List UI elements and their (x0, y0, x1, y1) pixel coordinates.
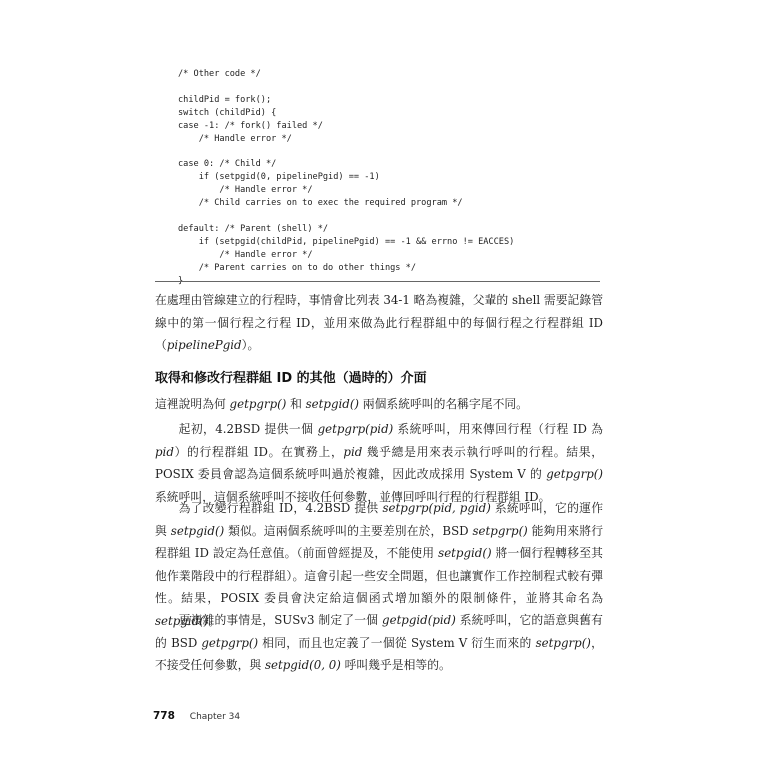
code-line: /* Handle error */ (178, 134, 292, 144)
code-line: case -1: /* fork() failed */ (178, 121, 323, 131)
paragraph-susv3: 更複雜的事情是，SUSv3 制定了一個 getpgid(pid) 系統呼叫，它的… (155, 609, 603, 677)
page-number: 778 (153, 710, 175, 722)
code-line: case 0: /* Child */ (178, 159, 276, 169)
code-line: switch (childPid) { (178, 108, 276, 118)
paragraph-getpgrp-history: 起初，4.2BSD 提供一個 getpgrp(pid) 系統呼叫，用來傳回行程（… (155, 418, 603, 508)
paragraph-intro: 這裡說明為何 getpgrp() 和 setpgid() 兩個系統呼叫的名稱字尾… (155, 393, 603, 416)
code-line: if (setpgid(0, pipelinePgid) == -1) (178, 172, 380, 182)
code-block: /* Other code */ childPid = fork(); swit… (178, 68, 514, 287)
code-line: childPid = fork(); (178, 95, 271, 105)
code-line: /* Other code */ (178, 69, 261, 79)
chapter-label: Chapter 34 (190, 712, 240, 722)
code-line: /* Handle error */ (178, 185, 313, 195)
page-footer: 778 Chapter 34 (153, 710, 240, 722)
paragraph-pipeline: 在處理由管線建立的行程時，事情會比列表 34-1 略為複雜，父輩的 shell … (155, 289, 603, 357)
section-heading: 取得和修改行程群組 ID 的其他（過時的）介面 (155, 367, 427, 386)
code-line: /* Child carries on to exec the required… (178, 198, 463, 208)
code-line: /* Handle error */ (178, 250, 313, 260)
code-line: default: /* Parent (shell) */ (178, 224, 328, 234)
code-line: if (setpgid(childPid, pipelinePgid) == -… (178, 237, 514, 247)
code-divider (155, 281, 600, 282)
book-page: /* Other code */ childPid = fork(); swit… (0, 0, 757, 757)
code-line: /* Parent carries on to do other things … (178, 263, 416, 273)
